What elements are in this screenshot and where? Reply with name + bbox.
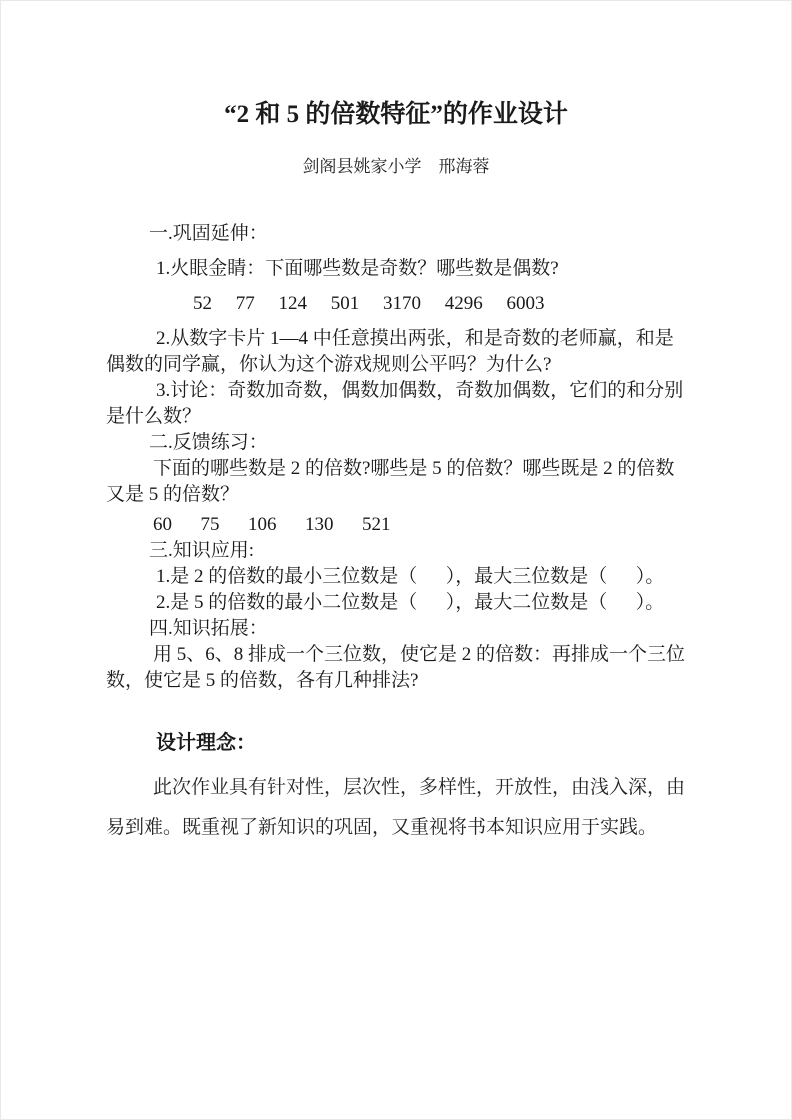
document-body: 一.巩固延伸： 1.火眼金睛：下面哪些数是奇数？哪些数是偶数? 52 77 12… <box>1 221 791 848</box>
section2-question-line1: 下面的哪些数是 2 的倍数?哪些是 5 的倍数？哪些既是 2 的倍数 <box>106 456 721 482</box>
section4-question-line1: 用 5、6、8 排成一个三位数，使它是 2 的倍数：再排成一个三位 <box>106 642 721 668</box>
section1-question2-line2: 偶数的同学赢，你认为这个游戏规则公平吗？为什么? <box>106 352 721 378</box>
section1-number-row: 52 77 124 501 3170 4296 6003 <box>106 291 721 317</box>
page-title: “2 和 5 的倍数特征”的作业设计 <box>1 1 791 130</box>
section2-number-row: 60 75 106 130 521 <box>106 512 721 538</box>
document-page: “2 和 5 的倍数特征”的作业设计 剑阁县姚家小学 邢海蓉 一.巩固延伸： 1… <box>0 0 792 1120</box>
section1-question3-line2: 是什么数？ <box>106 404 721 430</box>
design-concept-line2: 易到难。既重视了新知识的巩固，又重视将书本知识应用于实践。 <box>106 808 721 848</box>
section2-question-line2: 又是 5 的倍数？ <box>106 482 721 508</box>
design-concept-paragraph: 此次作业具有针对性，层次性，多样性，开放性，由浅入深，由 易到难。既重视了新知识… <box>106 768 721 848</box>
section1-question2-line1: 2.从数字卡片 1—4 中任意摸出两张，和是奇数的老师赢，和是 <box>106 326 721 352</box>
section1-heading: 一.巩固延伸： <box>106 221 721 247</box>
section3-heading: 三.知识应用: <box>106 538 721 564</box>
section2-heading: 二.反馈练习： <box>106 430 721 456</box>
section1-question3-line1: 3.讨论：奇数加奇数，偶数加偶数，奇数加偶数，它们的和分别 <box>106 378 721 404</box>
section4-heading: 四.知识拓展： <box>106 616 721 642</box>
section4-question-line2: 数，使它是 5 的倍数，各有几种排法? <box>106 668 721 694</box>
author-byline: 剑阁县姚家小学 邢海蓉 <box>1 156 791 178</box>
design-concept-line1: 此次作业具有针对性，层次性，多样性，开放性，由浅入深，由 <box>106 768 721 808</box>
section1-question1: 1.火眼金睛：下面哪些数是奇数？哪些数是偶数? <box>106 256 721 282</box>
design-concept-heading: 设计理念： <box>106 730 721 756</box>
section3-question1: 1.是 2 的倍数的最小三位数是（ ），最大三位数是（ ）。 <box>106 564 721 590</box>
section3-question2: 2.是 5 的倍数的最小二位数是（ ），最大二位数是（ ）。 <box>106 590 721 616</box>
